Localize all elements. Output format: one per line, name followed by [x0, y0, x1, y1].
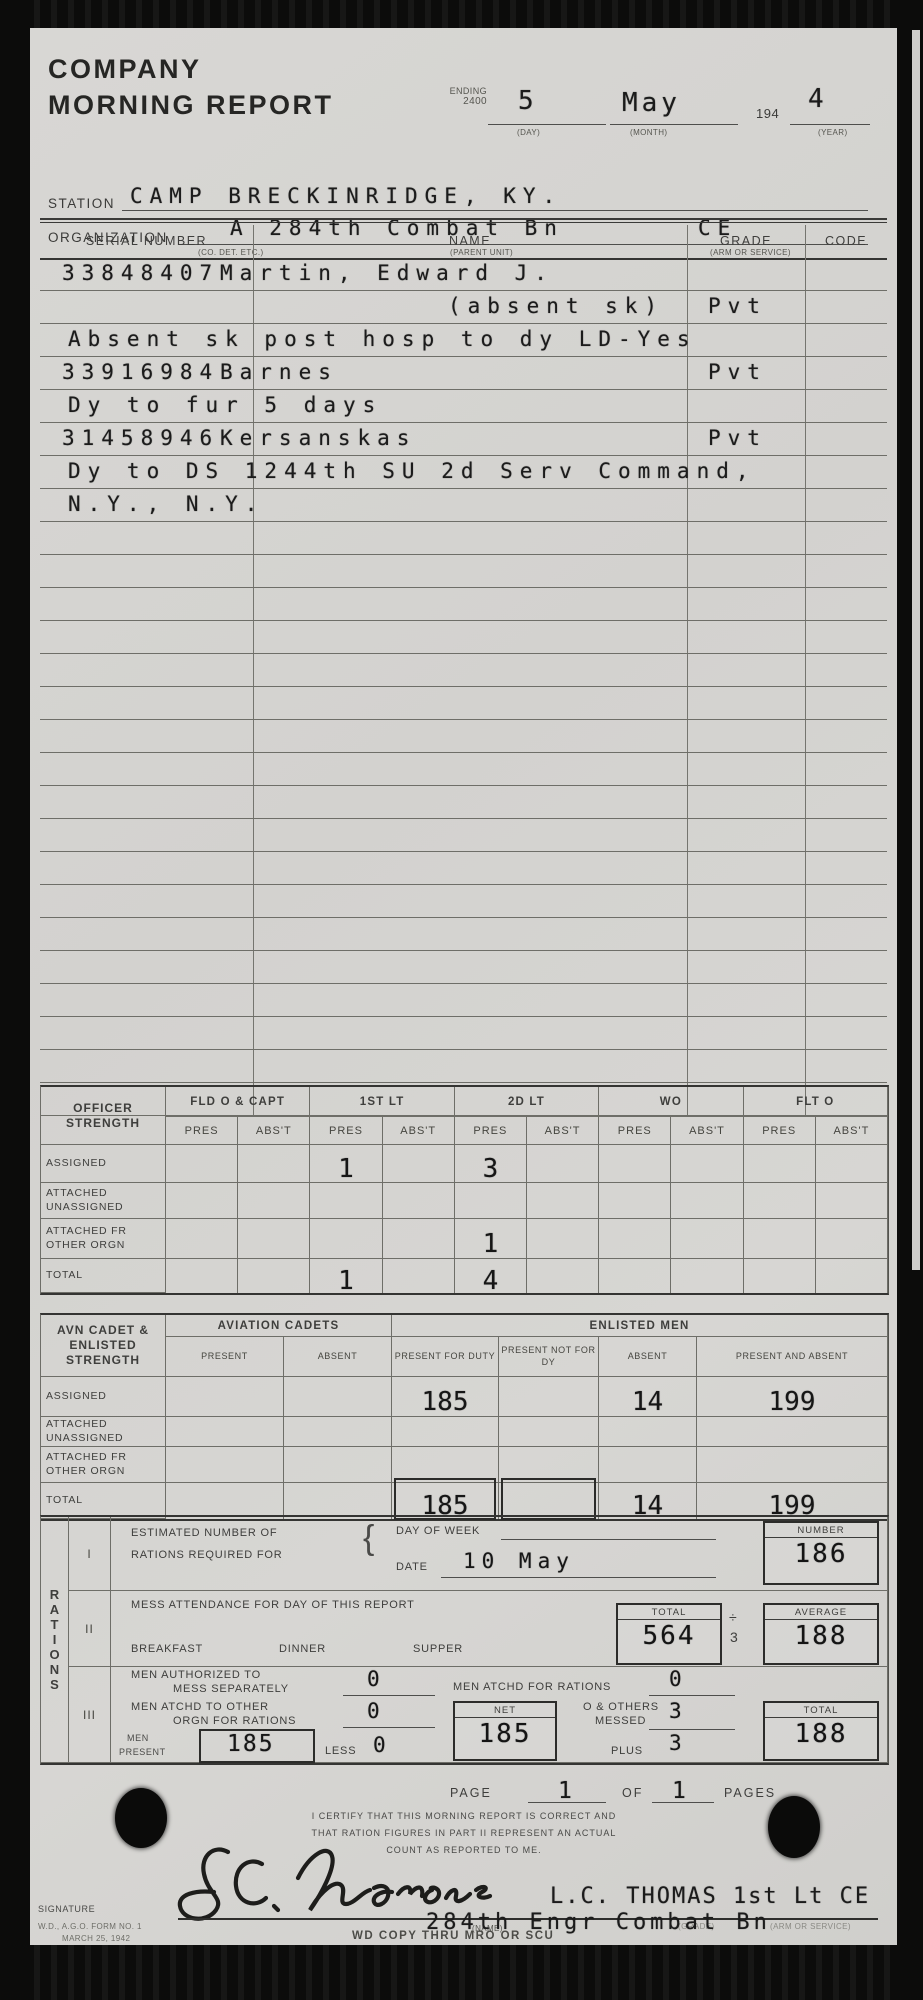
officer-rank-group: 2D LT	[455, 1087, 599, 1117]
rations-section: RATIONS I ESTIMATED NUMBER OF RATIONS RE…	[40, 1515, 889, 1765]
roster-row	[40, 720, 887, 753]
ending-label: ENDING	[415, 86, 487, 96]
officer-count-cell	[599, 1183, 671, 1219]
roster-row: Dy to fur 5 days	[40, 390, 887, 423]
roster-row	[40, 951, 887, 984]
month-field: May	[622, 88, 681, 118]
roster-row: Dy to DS 1244th SU 2d Serv Command,	[40, 456, 887, 489]
typed-unit: 284th Engr Combat Bn	[426, 1910, 771, 1935]
pages-total-value: 1	[672, 1778, 688, 1804]
officer-count-cell	[744, 1219, 816, 1259]
roster-header: SERIAL NUMBER NAME GRADE CODE	[40, 225, 887, 260]
less-label: LESS	[325, 1745, 356, 1757]
divisor: 3	[730, 1629, 738, 1645]
mess-attendance-title: MESS ATTENDANCE FOR DAY OF THIS REPORT	[131, 1599, 415, 1611]
roster-row	[40, 753, 887, 786]
enlisted-col-header: ABSENT	[599, 1337, 697, 1377]
roster-rows: 33848407Martin, Edward J.(absent sk)PvtA…	[40, 258, 887, 1116]
number-value: 186	[765, 1538, 877, 1571]
officer-rank-group: WO	[599, 1087, 743, 1117]
roster-row	[40, 786, 887, 819]
scan-edge-sliver	[912, 30, 920, 1270]
officer-count-cell	[166, 1259, 238, 1293]
form-number: W.D., A.G.O. FORM NO. 1	[38, 1922, 142, 1931]
officer-count-cell	[671, 1145, 743, 1183]
roster-row	[40, 654, 887, 687]
officer-count-cell	[455, 1183, 527, 1219]
officer-count-cell	[527, 1219, 599, 1259]
of-label: OF	[622, 1786, 643, 1800]
enlisted-count-cell	[499, 1417, 599, 1447]
enlisted-men-header: ENLISTED MEN	[392, 1315, 888, 1337]
mess-separately-line2: MESS SEPARATELY	[173, 1683, 289, 1695]
number-label: NUMBER	[765, 1523, 877, 1538]
month-label: (MONTH)	[630, 128, 667, 137]
roster-row	[40, 819, 887, 852]
grade-value: Pvt	[708, 294, 767, 318]
enlisted-strength-corner: AVN CADET & ENLISTED STRENGTH	[41, 1315, 166, 1377]
serial-number: 33848407	[62, 261, 219, 285]
enlisted-count-cell: 14	[599, 1377, 697, 1417]
average-box: AVERAGE 188	[763, 1603, 879, 1665]
enlisted-row-label: ATTACHED FR OTHER ORGN	[41, 1447, 166, 1483]
officer-count-cell: 4	[455, 1259, 527, 1293]
rations-total-label: TOTAL	[765, 1703, 877, 1718]
mess-separately-line1: MEN AUTHORIZED TO	[131, 1669, 261, 1681]
enlisted-col-header: PRESENT AND ABSENT	[697, 1337, 888, 1377]
remark-text: Dy to fur 5 days	[68, 393, 382, 417]
men-present-line2: PRESENT	[119, 1747, 166, 1757]
enlisted-col-header: ABSENT	[284, 1337, 392, 1377]
officer-rank-group: 1ST LT	[310, 1087, 454, 1117]
roster-row: (absent sk)Pvt	[40, 291, 887, 324]
form-page: COMPANY MORNING REPORT ENDING 2400 5 (DA…	[30, 28, 897, 1945]
atchd-other-line1: MEN ATCHD TO OTHER	[131, 1701, 269, 1713]
col-code: CODE	[805, 234, 887, 248]
atchd-other-value: 0	[367, 1699, 382, 1723]
day-underline	[488, 124, 606, 125]
officer-count-cell: 1	[310, 1259, 382, 1293]
part-2-numeral: II	[69, 1591, 111, 1667]
est-rations-line2: RATIONS REQUIRED FOR	[131, 1549, 282, 1561]
punch-hole-right	[768, 1796, 820, 1858]
serial-number: 33916984	[62, 360, 219, 384]
enlisted-count-cell	[392, 1417, 499, 1447]
others-messed-line1: O & OTHERS	[583, 1701, 659, 1713]
atchd-other-line2: ORGN FOR RATIONS	[173, 1715, 296, 1727]
officer-count-cell	[310, 1183, 382, 1219]
officer-count-cell	[527, 1183, 599, 1219]
aviation-cadets-header: AVIATION CADETS	[166, 1315, 392, 1337]
station-value: CAMP BRECKINRIDGE, KY.	[130, 184, 562, 208]
remark-text: N.Y., N.Y.	[68, 492, 264, 516]
officer-count-cell	[527, 1259, 599, 1293]
col-name: NAME	[253, 234, 687, 248]
rations-vertical-label: RATIONS	[41, 1517, 69, 1763]
day-of-week-label: DAY OF WEEK	[396, 1525, 480, 1537]
average-label: AVERAGE	[765, 1605, 877, 1620]
station-label: STATION	[48, 196, 115, 211]
scanned-morning-report: COMPANY MORNING REPORT ENDING 2400 5 (DA…	[0, 0, 923, 2000]
pres-abst-header: PRES	[744, 1117, 816, 1145]
men-atchd-rations-label: MEN ATCHD FOR RATIONS	[453, 1681, 611, 1693]
officer-rank-group: FLT O	[744, 1087, 888, 1117]
officer-count-cell	[599, 1259, 671, 1293]
roster-row	[40, 918, 887, 951]
form-title-line1: COMPANY	[48, 54, 202, 85]
roster-row	[40, 852, 887, 885]
officer-count-cell	[238, 1145, 310, 1183]
enlisted-count-cell: 14	[599, 1483, 697, 1519]
officer-count-cell	[816, 1259, 888, 1293]
year-underline	[790, 124, 870, 125]
officer-count-cell	[599, 1219, 671, 1259]
pres-abst-header: PRES	[455, 1117, 527, 1145]
col-serial-number: SERIAL NUMBER	[40, 234, 253, 248]
enlisted-row-label: ATTACHED UNASSIGNED	[41, 1417, 166, 1447]
enlisted-count-cell: 185	[392, 1483, 499, 1519]
officer-count-cell	[238, 1219, 310, 1259]
month-underline	[610, 124, 738, 125]
roster-row: 31458946KersanskasPvt	[40, 423, 887, 456]
signature-label: SIGNATURE	[38, 1904, 95, 1914]
enlisted-col-header: PRESENT	[166, 1337, 284, 1377]
roster-row	[40, 555, 887, 588]
enlisted-count-cell	[166, 1447, 284, 1483]
rations-part-3: MEN AUTHORIZED TO MESS SEPARATELY 0 MEN …	[111, 1667, 888, 1763]
part-1-numeral: I	[69, 1517, 111, 1591]
station-underline	[122, 210, 868, 211]
average-value: 188	[765, 1620, 877, 1653]
roster-row: Absent sk post hosp to dy LD-Yes	[40, 324, 887, 357]
brace: {	[363, 1519, 374, 1558]
enlisted-count-cell	[166, 1417, 284, 1447]
roster-row	[40, 621, 887, 654]
officer-count-cell	[238, 1183, 310, 1219]
year-field: 4	[808, 84, 828, 114]
breakfast-label: BREAKFAST	[131, 1643, 203, 1655]
arm-sublabel: (ARM OR SERVICE)	[770, 1922, 851, 1931]
officer-count-cell	[671, 1219, 743, 1259]
scan-border-bottom	[0, 1945, 923, 2000]
year-label: (YEAR)	[818, 128, 848, 137]
enlisted-count-cell	[284, 1447, 392, 1483]
number-box: NUMBER 186	[763, 1521, 879, 1585]
officer-count-cell	[816, 1183, 888, 1219]
roster-row	[40, 1017, 887, 1050]
roster-row: N.Y., N.Y.	[40, 489, 887, 522]
mess-separately-value: 0	[367, 1667, 382, 1691]
pres-abst-header: PRES	[310, 1117, 382, 1145]
roster-row	[40, 885, 887, 918]
enlisted-col-header: PRESENT FOR DUTY	[392, 1337, 499, 1377]
officer-row-label: TOTAL	[41, 1259, 166, 1293]
enlisted-count-cell	[697, 1417, 888, 1447]
roster-top-rule-2	[40, 222, 887, 223]
typed-officer-name: L.C. THOMAS 1st Lt CE	[550, 1884, 870, 1909]
less-value: 0	[373, 1733, 388, 1757]
officer-count-cell	[166, 1145, 238, 1183]
mess-total-box: TOTAL 564	[616, 1603, 722, 1665]
mess-total-value: 564	[618, 1620, 720, 1653]
officer-count-cell	[599, 1145, 671, 1183]
net-value: 185	[455, 1718, 555, 1751]
roster-row: 33848407Martin, Edward J.	[40, 258, 887, 291]
officer-row-label: ASSIGNED	[41, 1145, 166, 1183]
date-value: 10 May	[463, 1549, 575, 1573]
officer-count-cell	[671, 1183, 743, 1219]
pres-abst-header: ABS'T	[238, 1117, 310, 1145]
roster-top-rule	[40, 218, 887, 220]
enlisted-count-cell	[284, 1417, 392, 1447]
officer-count-cell	[816, 1145, 888, 1183]
roster-row	[40, 984, 887, 1017]
enlisted-count-cell	[599, 1447, 697, 1483]
pages-label: PAGES	[724, 1786, 776, 1800]
ending-value: 2400	[415, 96, 487, 107]
rations-part-2: MESS ATTENDANCE FOR DAY OF THIS REPORT B…	[111, 1591, 888, 1667]
pres-abst-header: ABS'T	[671, 1117, 743, 1145]
serial-number: 31458946	[62, 426, 219, 450]
enlisted-count-cell	[499, 1377, 599, 1417]
enlisted-count-cell	[284, 1483, 392, 1519]
officer-count-cell	[310, 1219, 382, 1259]
enlisted-count-cell	[499, 1483, 599, 1519]
pres-abst-header: ABS'T	[527, 1117, 599, 1145]
form-title-line2: MORNING REPORT	[48, 90, 334, 121]
officer-count-cell: 3	[455, 1145, 527, 1183]
pres-abst-header: ABS'T	[816, 1117, 888, 1145]
grade-value: Pvt	[708, 426, 767, 450]
officer-count-cell	[383, 1145, 455, 1183]
year-printed: 194	[756, 106, 779, 121]
officer-count-cell	[383, 1219, 455, 1259]
net-box: NET 185	[453, 1701, 557, 1761]
page-label: PAGE	[450, 1786, 492, 1800]
net-label: NET	[455, 1703, 555, 1718]
others-messed-value: 3	[669, 1699, 684, 1723]
day-label: (DAY)	[517, 128, 540, 137]
enlisted-count-cell	[697, 1447, 888, 1483]
others-messed-line2: MESSED	[595, 1715, 646, 1727]
officer-count-cell	[744, 1145, 816, 1183]
rations-total-box: TOTAL 188	[763, 1701, 879, 1761]
enlisted-count-cell: 185	[392, 1377, 499, 1417]
enlisted-count-cell	[166, 1483, 284, 1519]
officer-count-cell	[238, 1259, 310, 1293]
est-rations-line1: ESTIMATED NUMBER OF	[131, 1527, 277, 1539]
soldier-name: Barnes	[220, 360, 338, 384]
officer-count-cell	[383, 1183, 455, 1219]
day-field: 5	[518, 86, 538, 116]
form-date: MARCH 25, 1942	[62, 1934, 130, 1943]
supper-label: SUPPER	[413, 1643, 463, 1655]
plus-label: PLUS	[611, 1745, 643, 1757]
soldier-name: Martin, Edward J.	[220, 261, 554, 285]
officer-strength-corner: OFFICER STRENGTH	[41, 1087, 166, 1145]
men-present-value: 185	[227, 1731, 275, 1757]
dinner-label: DINNER	[279, 1643, 326, 1655]
mess-total-label: TOTAL	[618, 1605, 720, 1620]
enlisted-count-cell	[166, 1377, 284, 1417]
officer-count-cell	[166, 1219, 238, 1259]
officer-row-label: ATTACHED FR OTHER ORGN	[41, 1219, 166, 1259]
plus-value: 3	[669, 1731, 684, 1755]
col-grade: GRADE	[687, 234, 805, 248]
officer-count-cell	[671, 1259, 743, 1293]
officer-count-cell	[744, 1259, 816, 1293]
pres-abst-header: PRES	[166, 1117, 238, 1145]
officer-strength-table: OFFICER STRENGTHFLD O & CAPT1ST LT2D LTW…	[40, 1085, 889, 1295]
rations-total-value: 188	[765, 1718, 877, 1751]
men-atchd-rations-value: 0	[669, 1667, 684, 1691]
punch-hole-left	[115, 1788, 167, 1848]
roster-row: 33916984BarnesPvt	[40, 357, 887, 390]
roster-row	[40, 588, 887, 621]
pres-abst-header: ABS'T	[383, 1117, 455, 1145]
officer-count-cell	[166, 1183, 238, 1219]
scan-border-top	[0, 0, 923, 28]
men-present-line1: MEN	[127, 1733, 149, 1743]
enlisted-row-label: ASSIGNED	[41, 1377, 166, 1417]
scan-border-left	[0, 0, 30, 2000]
roster-row	[40, 687, 887, 720]
roster-row	[40, 1050, 887, 1083]
officer-count-cell: 1	[455, 1219, 527, 1259]
pres-abst-header: PRES	[599, 1117, 671, 1145]
enlisted-strength-table: AVN CADET & ENLISTED STRENGTHAVIATION CA…	[40, 1313, 889, 1521]
grade-value: Pvt	[708, 360, 767, 384]
part-3-numeral: III	[69, 1667, 111, 1763]
officer-row-label: ATTACHED UNASSIGNED	[41, 1183, 166, 1219]
page-value: 1	[558, 1778, 574, 1804]
roster-row	[40, 522, 887, 555]
enlisted-row-label: TOTAL	[41, 1483, 166, 1519]
enlisted-count-cell	[284, 1377, 392, 1417]
date-label: DATE	[396, 1561, 428, 1573]
enlisted-count-cell: 199	[697, 1377, 888, 1417]
remark-text: Absent sk post hosp to dy LD-Yes	[68, 327, 697, 351]
enlisted-count-cell	[599, 1417, 697, 1447]
officer-count-cell	[816, 1219, 888, 1259]
officer-count-cell: 1	[310, 1145, 382, 1183]
remark-text: Dy to DS 1244th SU 2d Serv Command,	[68, 459, 756, 483]
enlisted-count-cell: 199	[697, 1483, 888, 1519]
officer-count-cell	[527, 1145, 599, 1183]
men-present-box: 185	[199, 1729, 315, 1763]
enlisted-col-header: PRESENT NOT FOR DY	[499, 1337, 599, 1377]
officer-rank-group: FLD O & CAPT	[166, 1087, 310, 1117]
name-continuation: (absent sk)	[448, 294, 664, 318]
soldier-name: Kersanskas	[220, 426, 416, 450]
divide-sign: ÷	[729, 1609, 737, 1625]
officer-count-cell	[744, 1183, 816, 1219]
officer-count-cell	[383, 1259, 455, 1293]
rations-part-1: ESTIMATED NUMBER OF RATIONS REQUIRED FOR…	[111, 1517, 888, 1591]
